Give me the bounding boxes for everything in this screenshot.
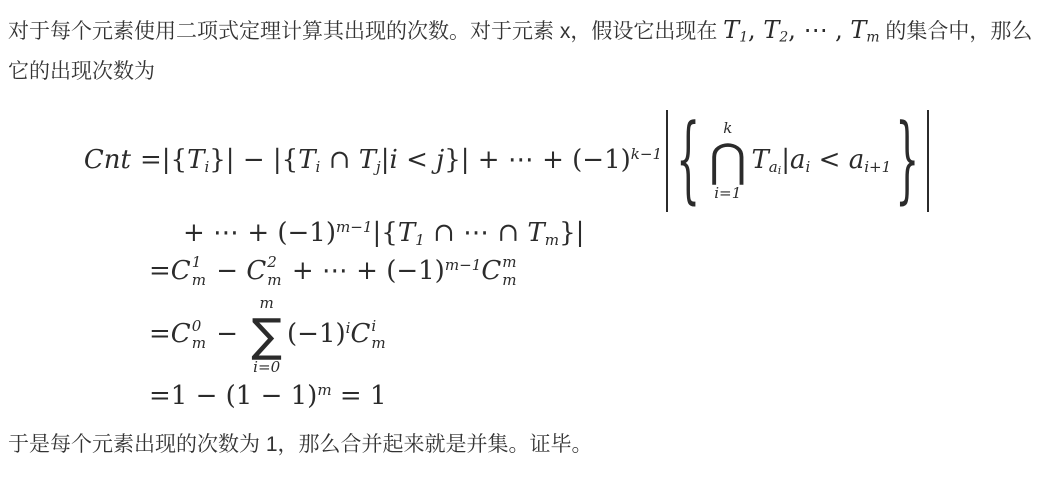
math-token: a: [790, 145, 806, 175]
math-token: }| + ⋯ + (−1): [444, 145, 631, 175]
math-token: |: [781, 145, 790, 175]
math-token: 1m: [192, 254, 206, 290]
math-token: =: [149, 256, 171, 286]
math-token: =: [149, 319, 171, 349]
equation-rhs-5: =1 − (1 − 1)m = 1: [149, 381, 387, 411]
equation-block: Cnt=|{Ti}| − |{Ti ∩ Tj|i < j}| + ⋯ + (−1…: [78, 110, 1043, 411]
math-token: 1: [192, 254, 202, 272]
math-token: , ⋯ ,: [788, 16, 850, 44]
math-token: ∑: [251, 311, 282, 361]
math-token: C: [481, 256, 501, 286]
math-token: m−1: [445, 256, 482, 274]
equation-row-3: =C1m − C2m + ⋯ + (−1)m−1Cmm: [78, 254, 1043, 290]
math-token: i: [389, 145, 397, 175]
equation-rhs-1: =|{Ti}| − |{Ti ∩ Tj|i < j}| + ⋯ + (−1)k−…: [140, 145, 933, 175]
math-token: 1: [415, 231, 425, 249]
math-token: m: [866, 29, 879, 45]
math-token: T: [298, 145, 315, 175]
math-token: 1: [739, 29, 748, 45]
inline-math-t-sequence: T1, T2, ⋯ , Tm: [723, 16, 879, 44]
math-token: = 1: [332, 381, 387, 411]
math-token: ai: [769, 158, 781, 176]
math-token: =1 − (1 − 1): [149, 381, 317, 411]
math-token: C: [171, 319, 191, 349]
math-token: 0: [192, 318, 202, 336]
math-token: m: [192, 272, 206, 290]
math-token: {: [676, 114, 700, 208]
equation-row-2: + ⋯ + (−1)m−1|{T1 ∩ ⋯ ∩ Tm}|: [78, 218, 1043, 248]
math-token: }|: [559, 218, 584, 248]
math-token: i=1: [714, 186, 741, 201]
equation-row-5: =1 − (1 − 1)m = 1: [78, 381, 1043, 411]
math-token: C: [350, 319, 370, 349]
math-token: 2m: [267, 254, 281, 290]
math-token: m: [371, 335, 385, 353]
math-token: }| − |{: [209, 145, 298, 175]
intro-text-before: 对于每个元素使用二项式定理计算其出现的次数。对于元素 x，假设它出现在: [8, 20, 723, 43]
equation-rhs-3: =C1m − C2m + ⋯ + (−1)m−1Cmm: [149, 256, 519, 286]
paragraph-intro: 对于每个元素使用二项式定理计算其出现的次数。对于元素 x，假设它出现在 T1, …: [8, 10, 1043, 92]
document: 对于每个元素使用二项式定理计算其出现的次数。对于元素 x，假设它出现在 T1, …: [8, 10, 1043, 465]
paragraph-conclusion: 于是每个元素出现的次数为 1，那么合并起来就是并集。证毕。: [8, 425, 1043, 465]
math-token: ,: [748, 16, 763, 44]
math-token: m: [317, 381, 331, 399]
math-token: i: [371, 318, 376, 336]
math-token: m∑i=0: [251, 296, 282, 376]
math-token: m: [267, 272, 281, 290]
math-token: m−1: [336, 218, 373, 236]
math-token: Cnt: [84, 145, 131, 175]
equation-rhs-2: + ⋯ + (−1)m−1|{T1 ∩ ⋯ ∩ Tm}|: [183, 218, 584, 248]
math-token: =|{: [140, 145, 187, 175]
math-token: 2: [779, 29, 788, 45]
math-token: T: [187, 145, 204, 175]
math-token: m: [545, 231, 559, 249]
math-token: (−1): [287, 319, 346, 349]
math-token: C: [171, 256, 191, 286]
math-token: a: [849, 145, 865, 175]
math-token: <: [398, 145, 436, 175]
math-token: ⋂: [709, 136, 746, 186]
math-token: T: [763, 16, 779, 44]
math-token: m: [502, 254, 516, 272]
math-token: T: [527, 218, 544, 248]
math-token: }: [895, 114, 919, 208]
math-token: T: [751, 145, 768, 175]
math-token: [927, 110, 929, 212]
math-token: T: [398, 218, 415, 248]
math-token: T: [359, 145, 376, 175]
math-token: i+1: [864, 158, 891, 176]
math-token: mm: [502, 254, 516, 290]
math-token: + ⋯ + (−1): [183, 218, 336, 248]
math-token: C: [246, 256, 266, 286]
math-token: m: [502, 272, 516, 290]
math-token: m: [192, 335, 206, 353]
math-token: T: [850, 16, 866, 44]
math-token: [666, 110, 668, 212]
math-token: ∩ ⋯ ∩: [425, 218, 528, 248]
math-token: 2: [267, 254, 277, 272]
math-token: ∩: [320, 145, 358, 175]
math-token: k⋂i=1: [709, 121, 746, 201]
math-token: |{: [373, 218, 398, 248]
math-token: T: [723, 16, 739, 44]
math-token: <: [810, 145, 848, 175]
math-token: j: [436, 145, 444, 175]
math-token: + ⋯ + (−1): [284, 256, 445, 286]
math-token: −: [208, 319, 246, 349]
math-token: 0m: [192, 318, 206, 354]
math-token: i=0: [253, 360, 280, 375]
equation-row-1: Cnt=|{Ti}| − |{Ti ∩ Tj|i < j}| + ⋯ + (−1…: [78, 110, 1043, 212]
equation-rhs-4: =C0m − m∑i=0(−1)iCim: [149, 319, 388, 349]
math-token: im: [371, 318, 385, 354]
equation-row-4: =C0m − m∑i=0(−1)iCim: [78, 296, 1043, 376]
math-token: −: [208, 256, 246, 286]
equation-lhs-cnt: Cnt: [78, 145, 140, 175]
math-token: k−1: [631, 145, 662, 163]
